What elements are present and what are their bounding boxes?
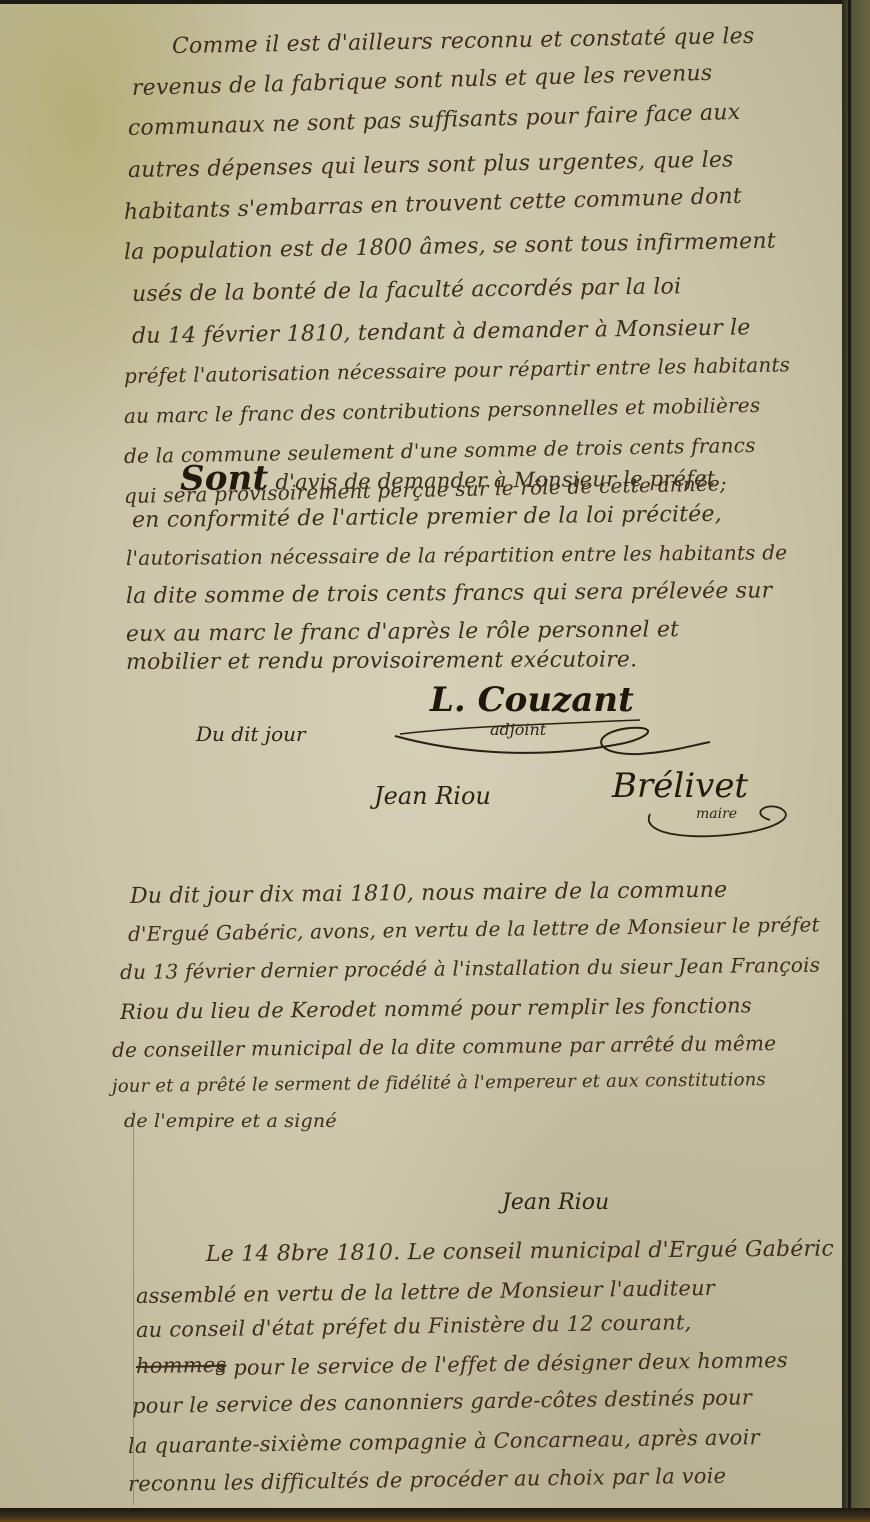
text-line: Sont d'avis de demander à Monsieur le pr… [180,457,716,496]
text-line: jour et a prêté le serment de fidélité à… [112,1071,766,1096]
text-line: assemblé en vertu de la lettre de Monsie… [136,1278,715,1307]
text-line: revenus de la fabrique sont nuls et que … [132,63,713,100]
page-bottom-edge [0,1508,870,1522]
text-line: au marc le franc des contributions perso… [124,395,761,426]
text-line-rest: d'avis de demander à Monsieur le préfet [275,466,715,494]
text-line: du 14 février 1810, tendant à demander à… [132,317,751,348]
text-line: habitants s'embarras en trouvent cette c… [124,186,742,224]
text-line: la dite somme de trois cents francs qui … [126,580,772,608]
signature-adjoint: L. Couzant [430,680,634,720]
text-line: de conseiller municipal de la dite commu… [112,1033,776,1060]
text-line: communaux ne sont pas suffisants pour fa… [128,102,741,140]
text-line: du 13 février dernier procédé à l'instal… [120,955,820,982]
text-line: de l'empire et a signé [124,1112,337,1131]
text-line: autres dépenses qui leurs sont plus urge… [128,149,734,182]
text-line: eux au marc le franc d'après le rôle per… [126,619,679,646]
text-line: l'autorisation nécessaire de la répartit… [126,542,787,568]
manuscript-page: Comme il est d'ailleurs reconnu et const… [0,0,842,1515]
page-edge-line [848,0,851,1522]
margin-rule [133,1110,134,1505]
text-line: mobilier et rendu provisoirement exécuto… [126,649,637,674]
text-line: la quarante-sixième compagnie à Concarne… [128,1427,760,1457]
signature-jean-riou-2: Jean Riou [502,1190,609,1215]
maire-flourish-icon [630,794,800,854]
text-line: Riou du lieu de Kerodet nommé pour rempl… [120,995,752,1023]
text-line: usés de la bonté de la faculté accordés … [132,276,682,306]
text-line: Le 14 8bre 1810. Le conseil municipal d'… [206,1239,834,1266]
text-line: préfet l'autorisation nécessaire pour ré… [124,354,790,386]
text-line: Comme il est d'ailleurs reconnu et const… [172,26,755,58]
text-line: Du dit jour dix mai 1810, nous maire de … [130,880,727,908]
signature-jean-riou: Jean Riou [374,782,491,810]
text-line: en conformité de l'article premier de la… [132,504,722,532]
book-gutter [842,0,870,1522]
text-line: la population est de 1800 âmes, se sont … [124,231,776,264]
text-line: d'Ergué Gabéric, avons, en vertu de la l… [128,914,820,944]
text-line: pour le service des canonniers garde-côt… [132,1387,752,1417]
closing-du-dit-jour: Du dit jour [196,722,306,746]
lead-word-sont: Sont [180,458,269,499]
text-line: reconnu les difficultés de procéder au c… [128,1466,726,1495]
text-line: au conseil d'état préfet du Finistère du… [136,1312,692,1341]
